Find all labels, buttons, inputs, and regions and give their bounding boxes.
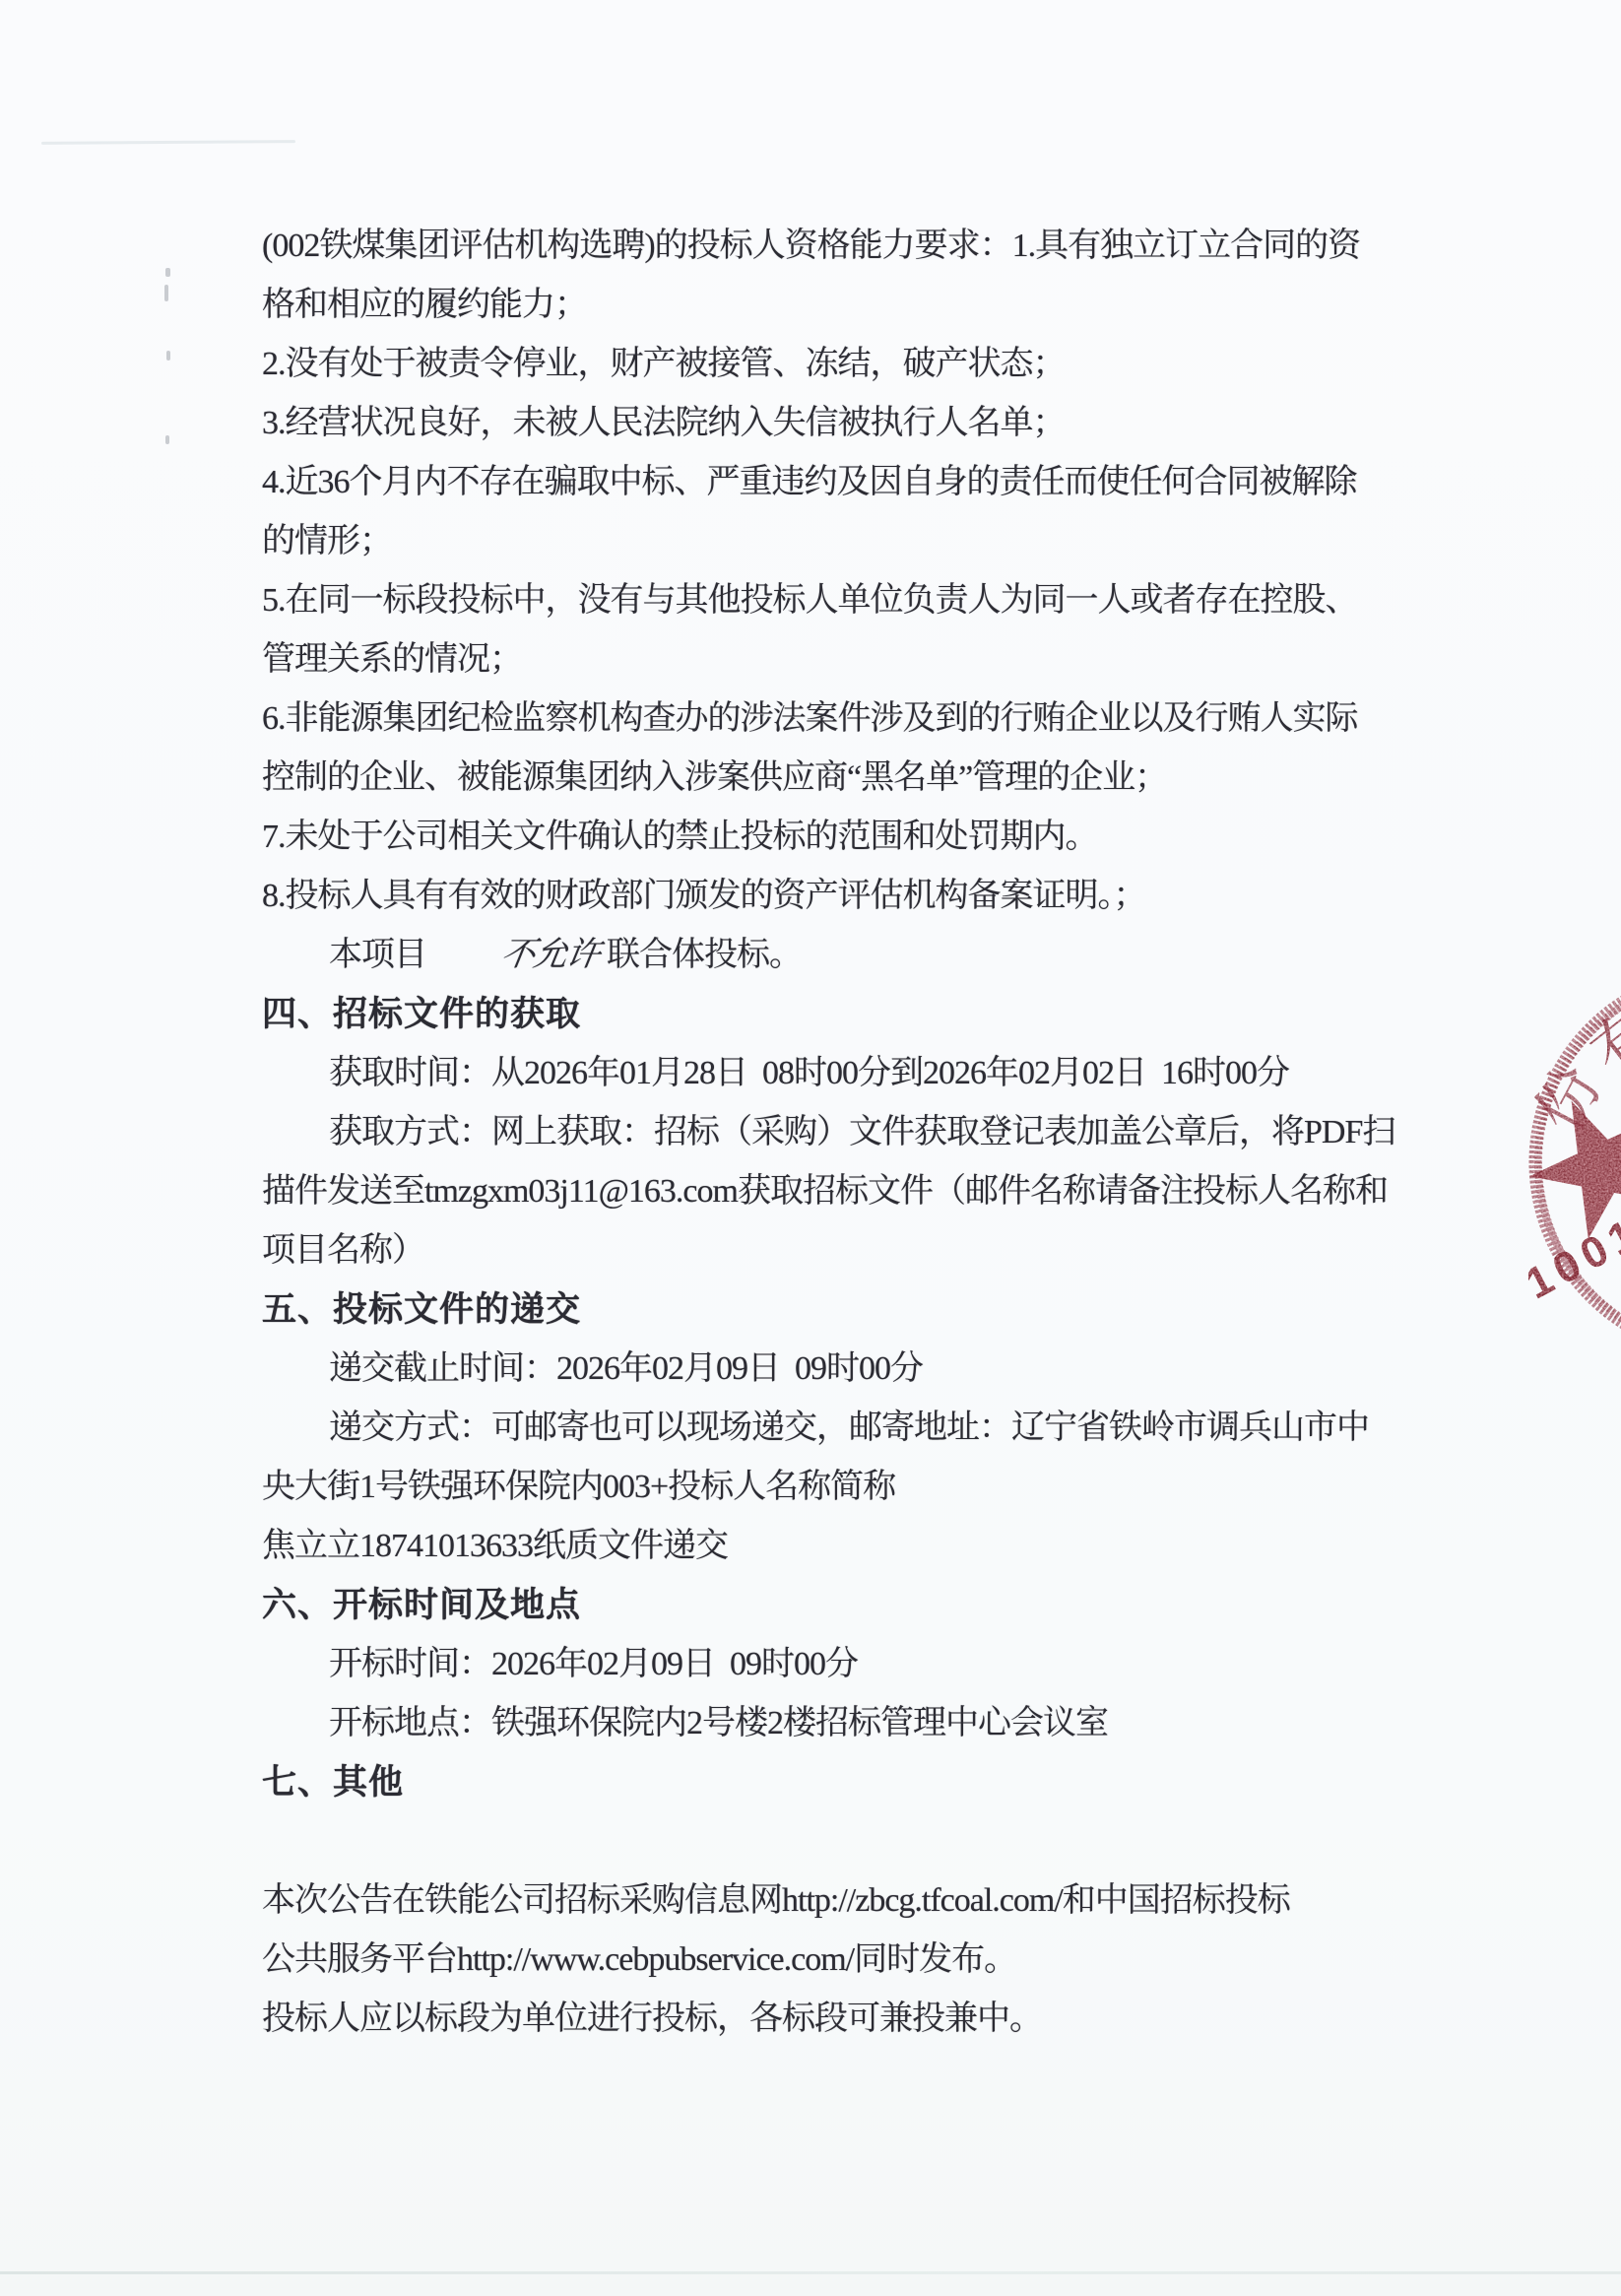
scan-speck [165, 435, 169, 444]
scan-speck [164, 285, 168, 301]
section-5-method-line2: 央大街1号铁强环保院内003+投标人名称简称 [262, 1458, 1424, 1517]
section-5-heading: 五、投标文件的递交 [262, 1280, 1424, 1340]
red-seal-stamp: 有 份 10010 [1528, 965, 1621, 1359]
qualification-item-6-line2: 控制的企业、被能源集团纳入涉案供应商“黑名单”管理的企业； [262, 749, 1424, 808]
section-4-obtain-time: 获取时间：从2026年01月28日 08时00分到2026年02月02日 16时… [262, 1044, 1424, 1103]
qualification-intro-line1: (002铁煤集团评估机构选聘)的投标人资格能力要求：1.具有独立订立合同的资 [262, 217, 1424, 276]
publish-notice-line1: 本次公告在铁能公司招标采购信息网http://zbcg.tfcoal.com/和… [262, 1871, 1424, 1931]
document-page: (002铁煤集团评估机构选聘)的投标人资格能力要求：1.具有独立订立合同的资 格… [0, 0, 1621, 2296]
qualification-item-6-line1: 6.非能源集团纪检监察机构查办的涉法案件涉及到的行贿企业以及行贿人实际 [262, 689, 1424, 749]
qualification-item-4-line2: 的情形； [262, 512, 1424, 571]
document-body: (002铁煤集团评估机构选聘)的投标人资格能力要求：1.具有独立订立合同的资 格… [262, 217, 1424, 2049]
section-6-open-place: 开标地点：铁强环保院内2号楼2楼招标管理中心会议室 [262, 1694, 1424, 1753]
section-4-obtain-method-line1: 获取方式：网上获取：招标（采购）文件获取登记表加盖公章后，将PDF扫 [262, 1103, 1424, 1162]
blank-line [262, 1812, 1424, 1871]
publish-notice-line2: 公共服务平台http://www.cebpubservice.com/同时发布。 [262, 1931, 1424, 1990]
joint-bid-prefix: 本项目 [329, 937, 426, 973]
scan-speck [165, 268, 170, 277]
section-6-heading: 六、开标时间及地点 [262, 1576, 1424, 1635]
scan-artifact-line [41, 140, 295, 145]
joint-bid-suffix: 联合体投标。 [607, 937, 802, 973]
qualification-item-7: 7.未处于公司相关文件确认的禁止投标的范围和处罚期内。 [262, 808, 1424, 867]
section-4-obtain-method-line3: 项目名称） [262, 1221, 1424, 1280]
joint-bid-statement: 本项目不允许联合体投标。 [262, 926, 1424, 985]
section-6-open-time: 开标时间：2026年02月09日 09时00分 [262, 1635, 1424, 1694]
qualification-item-4-line1: 4.近36个月内不存在骗取中标、严重违约及因自身的责任而使任何合同被解除 [262, 453, 1424, 512]
qualification-item-3: 3.经营状况良好，未被人民法院纳入失信被执行人名单； [262, 394, 1424, 453]
seal-partial-char-2: 份 [1528, 1055, 1615, 1144]
page-bottom-shade [0, 2274, 1621, 2296]
scan-speck [166, 351, 170, 361]
section-5-contact: 焦立立18741013633纸质文件递交 [262, 1517, 1424, 1576]
section-4-heading: 四、招标文件的获取 [262, 985, 1424, 1044]
qualification-item-5-line2: 管理关系的情况； [262, 630, 1424, 689]
joint-bid-emphasis: 不允许 [429, 926, 604, 985]
qualification-item-5-line1: 5.在同一标段投标中，没有与其他投标人单位负责人为同一人或者存在控股、 [262, 571, 1424, 630]
section-5-deadline: 递交截止时间：2026年02月09日 09时00分 [262, 1340, 1424, 1399]
publish-notice-line3: 投标人应以标段为单位进行投标，各标段可兼投兼中。 [262, 1990, 1424, 2049]
section-4-obtain-method-line2: 描件发送至tmzgxm03j11@163.com获取招标文件（邮件名称请备注投标… [262, 1162, 1424, 1221]
qualification-intro-line2: 格和相应的履约能力； [262, 276, 1424, 335]
section-7-heading: 七、其他 [262, 1753, 1424, 1812]
qualification-item-2: 2.没有处于被责令停业，财产被接管、冻结，破产状态； [262, 335, 1424, 394]
qualification-item-8: 8.投标人具有有效的财政部门颁发的资产评估机构备案证明。； [262, 867, 1424, 926]
section-5-method-line1: 递交方式：可邮寄也可以现场递交，邮寄地址：辽宁省铁岭市调兵山市中 [262, 1399, 1424, 1458]
